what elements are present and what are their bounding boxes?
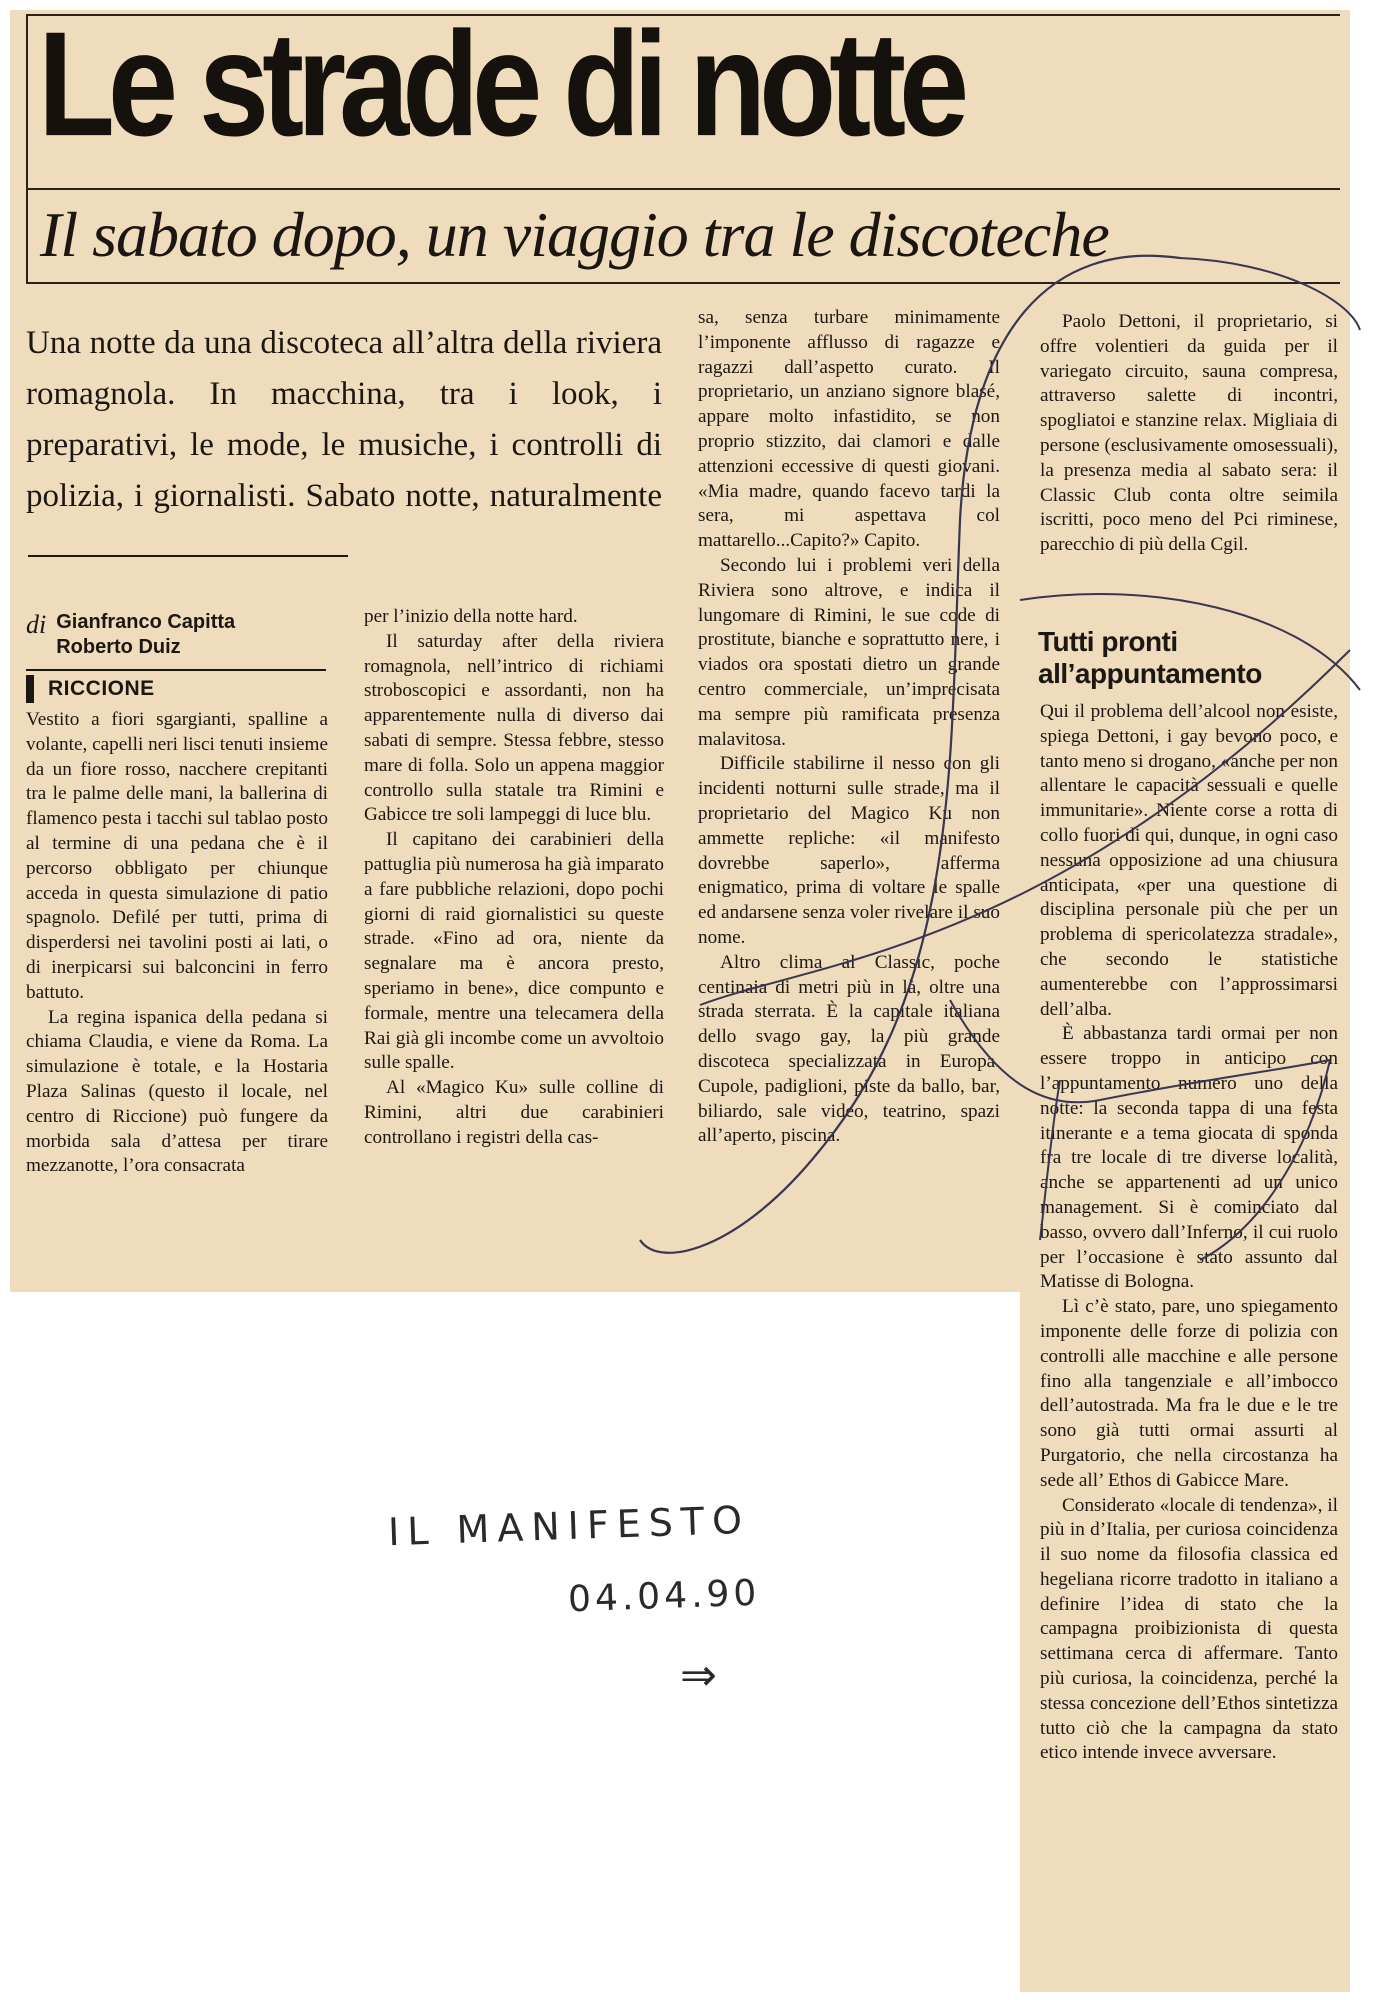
author-name: Gianfranco Capitta bbox=[56, 611, 235, 633]
paragraph: Il capitano dei carabinieri della pattug… bbox=[364, 828, 664, 1076]
paragraph: Vestito a fiori sgargianti, spalline a v… bbox=[26, 708, 328, 1006]
paragraph: Secondo lui i problemi veri della Rivier… bbox=[698, 554, 1000, 752]
dateline-label: RICCIONE bbox=[48, 677, 155, 701]
left-rule bbox=[26, 14, 28, 284]
handwritten-publication: IL MANIFESTO bbox=[387, 1498, 750, 1555]
paragraph: Il saturday after della riviera romagnol… bbox=[364, 630, 664, 828]
paragraph: Qui il problema dell’alcool non esiste, … bbox=[1040, 700, 1338, 1022]
section-heading: Tutti pronti all’appuntamento bbox=[1038, 626, 1385, 690]
headline: Le strade di notte bbox=[38, 10, 962, 159]
paragraph: Paolo Dettoni, il proprietario, si offre… bbox=[1040, 310, 1338, 558]
byline-rule bbox=[26, 669, 326, 671]
byline-prefix: di bbox=[26, 610, 46, 639]
standfirst: Una notte da una discoteca all’altra del… bbox=[26, 318, 662, 573]
article-column-4: Paolo Dettoni, il proprietario, si offre… bbox=[1040, 310, 1338, 558]
article-column-4-continued: Qui il problema dell’alcool non esiste, … bbox=[1040, 700, 1338, 1766]
dateline: RICCIONE bbox=[26, 674, 155, 704]
paragraph: Lì c’è stato, pare, uno spiegamento impo… bbox=[1040, 1295, 1338, 1493]
handwritten-date: 04.04.90 bbox=[567, 1573, 761, 1621]
arrow-right-icon: ⇒ bbox=[680, 1650, 717, 1701]
headline-divider-rule bbox=[26, 188, 1340, 190]
paragraph: sa, senza turbare minimamente l’imponent… bbox=[698, 306, 1000, 554]
subheadline-bottom-rule bbox=[26, 282, 1340, 284]
byline-authors: Gianfranco Capitta Roberto Duiz bbox=[56, 610, 235, 660]
standfirst-text: Una notte da una discoteca all’altra del… bbox=[26, 325, 662, 514]
paragraph: Considerato «locale di tendenza», il più… bbox=[1040, 1494, 1338, 1767]
article-column-2: per l’inizio della notte hard. Il saturd… bbox=[364, 605, 664, 1151]
paragraph: Al «Magico Ku» sulle colline di Rimini, … bbox=[364, 1076, 664, 1150]
dateline-bar bbox=[26, 675, 34, 703]
paragraph: Altro clima al Classic, poche centinaia … bbox=[698, 951, 1000, 1149]
standfirst-end-rule bbox=[28, 555, 348, 557]
paragraph: È abbastanza tardi ormai per non essere … bbox=[1040, 1022, 1338, 1295]
handwritten-annotation: IL MANIFESTO 04.04.90 ⇒ bbox=[380, 1500, 820, 1710]
paragraph: per l’inizio della notte hard. bbox=[364, 605, 664, 630]
paragraph: La regina ispanica della pedana si chiam… bbox=[26, 1006, 328, 1180]
byline: di Gianfranco Capitta Roberto Duiz bbox=[26, 610, 326, 660]
subheadline: Il sabato dopo, un viaggio tra le discot… bbox=[40, 198, 1109, 272]
article-column-1: Vestito a fiori sgargianti, spalline a v… bbox=[26, 708, 328, 1179]
article-column-3: sa, senza turbare minimamente l’imponent… bbox=[698, 306, 1000, 1149]
author-name: Roberto Duiz bbox=[56, 636, 180, 658]
paragraph: Difficile stabilirne il nesso con gli in… bbox=[698, 752, 1000, 950]
